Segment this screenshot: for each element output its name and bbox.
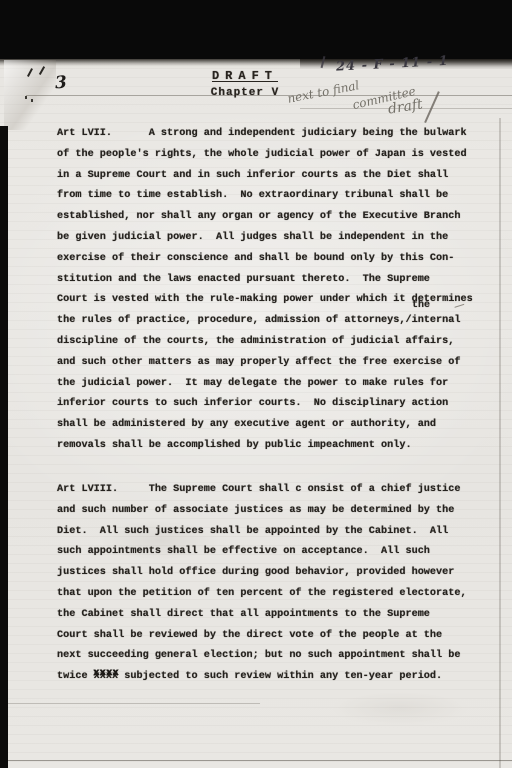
scan-background-top [0, 0, 512, 59]
pencil-dot [25, 96, 27, 99]
pencil-dot [31, 99, 33, 102]
faint-rule-line [0, 703, 260, 704]
draft-title: DRAFT [170, 69, 320, 83]
article-lviii-paragraph: Art LVIII. The Supreme Court shall c ons… [57, 480, 467, 688]
article-lvii-paragraph: Art LVII. A strong and independent judic… [57, 124, 473, 457]
paper-crease-line [499, 118, 501, 768]
inserted-word-the: the [412, 300, 430, 311]
scan-background-left [0, 126, 8, 768]
scanned-document-page: 3 DRAFT Chapter V 24 - F - 11 - 1 next t… [0, 0, 512, 768]
typed-strikeout-xxxx: xxxx [93, 663, 119, 684]
faint-rule-line [0, 760, 512, 761]
handwritten-page-number: 3 [54, 74, 67, 93]
